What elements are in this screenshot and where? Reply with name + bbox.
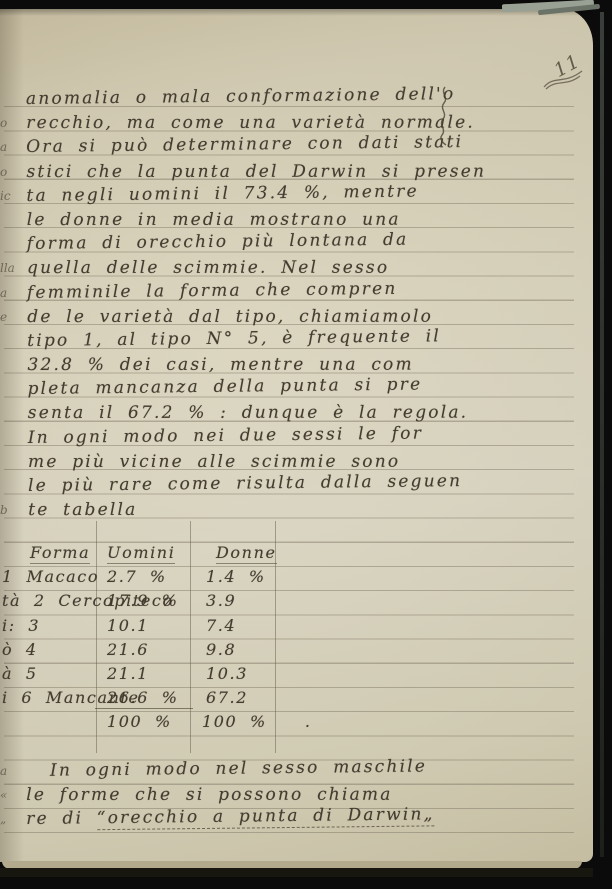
- handwritten-line: forma di orecchio più lontana da: [27, 227, 467, 256]
- table-total-row: 100 %100 % .: [0, 710, 400, 734]
- book-pages-edge: [600, 12, 604, 857]
- notebook-page: 11 oaoicllaaeb anomalia o mala conformaz…: [0, 9, 593, 862]
- table-cell: Uomini: [96, 541, 190, 565]
- table-row: i: 310.17.4: [0, 614, 400, 638]
- table-cell: 26.6 %: [96, 686, 190, 710]
- table-rows: FormaUominiDonne1 Macaco2.7 %1.4 %tà 2 C…: [0, 541, 400, 735]
- frequency-table: FormaUominiDonne1 Macaco2.7 %1.4 %tà 2 C…: [0, 521, 400, 761]
- gutter-fragment: [0, 474, 20, 498]
- page-number-flourish-icon: [540, 67, 586, 93]
- table-cell: 67.2: [190, 686, 320, 710]
- gutter-fragments-column: a«„: [0, 759, 20, 832]
- handwritten-line: In ogni modo nei due sessi le for: [28, 421, 468, 450]
- gutter-fragment: [0, 353, 20, 377]
- gutter-fragment: o: [0, 111, 20, 135]
- table-cell: 3.9: [190, 589, 320, 613]
- gutter-fragment: [0, 401, 20, 425]
- gutter-fragment: lla: [0, 256, 20, 280]
- table-cell: 1.4 %: [190, 565, 320, 589]
- table-cell: Donne: [190, 541, 320, 565]
- page-bottom-shadow: [0, 868, 593, 877]
- margin-brace-icon: [437, 85, 451, 147]
- table-cell: ò 4: [0, 638, 96, 662]
- table-cell: [0, 710, 96, 734]
- table-header-label: Uomini: [107, 543, 175, 564]
- table-cell: Forma: [0, 541, 96, 565]
- gutter-fragment: e: [0, 305, 20, 329]
- table-row: i 6 Mancante26.6 %67.2: [0, 686, 400, 710]
- table-cell: i 6 Mancante: [0, 686, 96, 710]
- table-row: tà 2 Cercopiteco17.9 %3.9: [0, 589, 400, 613]
- paragraph-main: anomalia o mala conformazione dell'orecc…: [26, 85, 468, 523]
- gutter-fragment: [0, 208, 20, 232]
- table-cell: 9.8: [190, 638, 320, 662]
- scanned-notebook-photo: 11 oaoicllaaeb anomalia o mala conformaz…: [0, 0, 612, 889]
- table-header-row: FormaUominiDonne: [0, 541, 400, 565]
- table-cell: 100 % .: [190, 710, 320, 734]
- table-cell: 10.1: [96, 614, 190, 638]
- gutter-fragment: [0, 329, 20, 353]
- table-cell: 100 %: [96, 710, 190, 734]
- gutter-fragment: „: [0, 807, 20, 831]
- table-cell: i: 3: [0, 614, 96, 638]
- gutter-fragment: [0, 426, 20, 450]
- gutter-fragment: a: [0, 759, 20, 783]
- gutter-fragment: [0, 87, 20, 111]
- table-cell: 7.4: [190, 614, 320, 638]
- gutter-fragment: «: [0, 783, 20, 807]
- table-cell: 17.9 %: [96, 589, 190, 613]
- table-cell: 21.6: [96, 638, 190, 662]
- handwritten-line: tipo 1, al tipo N° 5, è frequente il: [27, 324, 467, 353]
- gutter-fragment: ic: [0, 184, 20, 208]
- handwritten-line: le più rare come risulta dalla seguen: [28, 469, 468, 498]
- gutter-fragment: o: [0, 160, 20, 184]
- underlined-phrase: “orecchio a punta di Darwin„: [97, 805, 435, 831]
- handwritten-line: re di “orecchio a punta di Darwin„: [26, 802, 466, 831]
- handwritten-line: anomalia o mala conformazione dell'o: [26, 82, 466, 111]
- page-number: 11: [540, 55, 592, 97]
- gutter-fragment: a: [0, 281, 20, 305]
- handwritten-line: In ogni modo nel sesso maschile: [26, 754, 466, 783]
- table-cell: 21.1: [96, 662, 190, 686]
- gutter-fragment: b: [0, 498, 20, 522]
- gutter-fragment: [0, 377, 20, 401]
- paragraph-closing: In ogni modo nel sesso maschilele forme …: [26, 757, 466, 832]
- table-row: ò 421.69.8: [0, 638, 400, 662]
- gutter-fragment: a: [0, 135, 20, 159]
- handwritten-line: pleta mancanza della punta si pre: [27, 372, 467, 401]
- handwritten-line: te tabella: [28, 498, 468, 523]
- handwritten-line: femminile la forma che compren: [27, 276, 467, 305]
- handwritten-line: Ora si può determinare con dati stati: [26, 130, 466, 159]
- line-text: re di: [26, 809, 97, 830]
- table-header-label: Donne: [216, 543, 277, 564]
- table-row: à 521.110.3: [0, 662, 400, 686]
- table-cell: 1 Macaco: [0, 565, 96, 589]
- gutter-fragment: [0, 232, 20, 256]
- table-header-label: Forma: [30, 543, 90, 564]
- table-cell: 10.3: [190, 662, 320, 686]
- table-cell: à 5: [0, 662, 96, 686]
- table-cell: 2.7 %: [96, 565, 190, 589]
- gutter-fragments-column: oaoicllaaeb: [0, 87, 20, 522]
- table-row: 1 Macaco2.7 %1.4 %: [0, 565, 400, 589]
- gutter-fragment: [0, 450, 20, 474]
- table-cell: tà 2 Cercopiteco: [0, 589, 96, 613]
- handwritten-line: ta negli uomini il 73.4 %, mentre: [26, 179, 466, 208]
